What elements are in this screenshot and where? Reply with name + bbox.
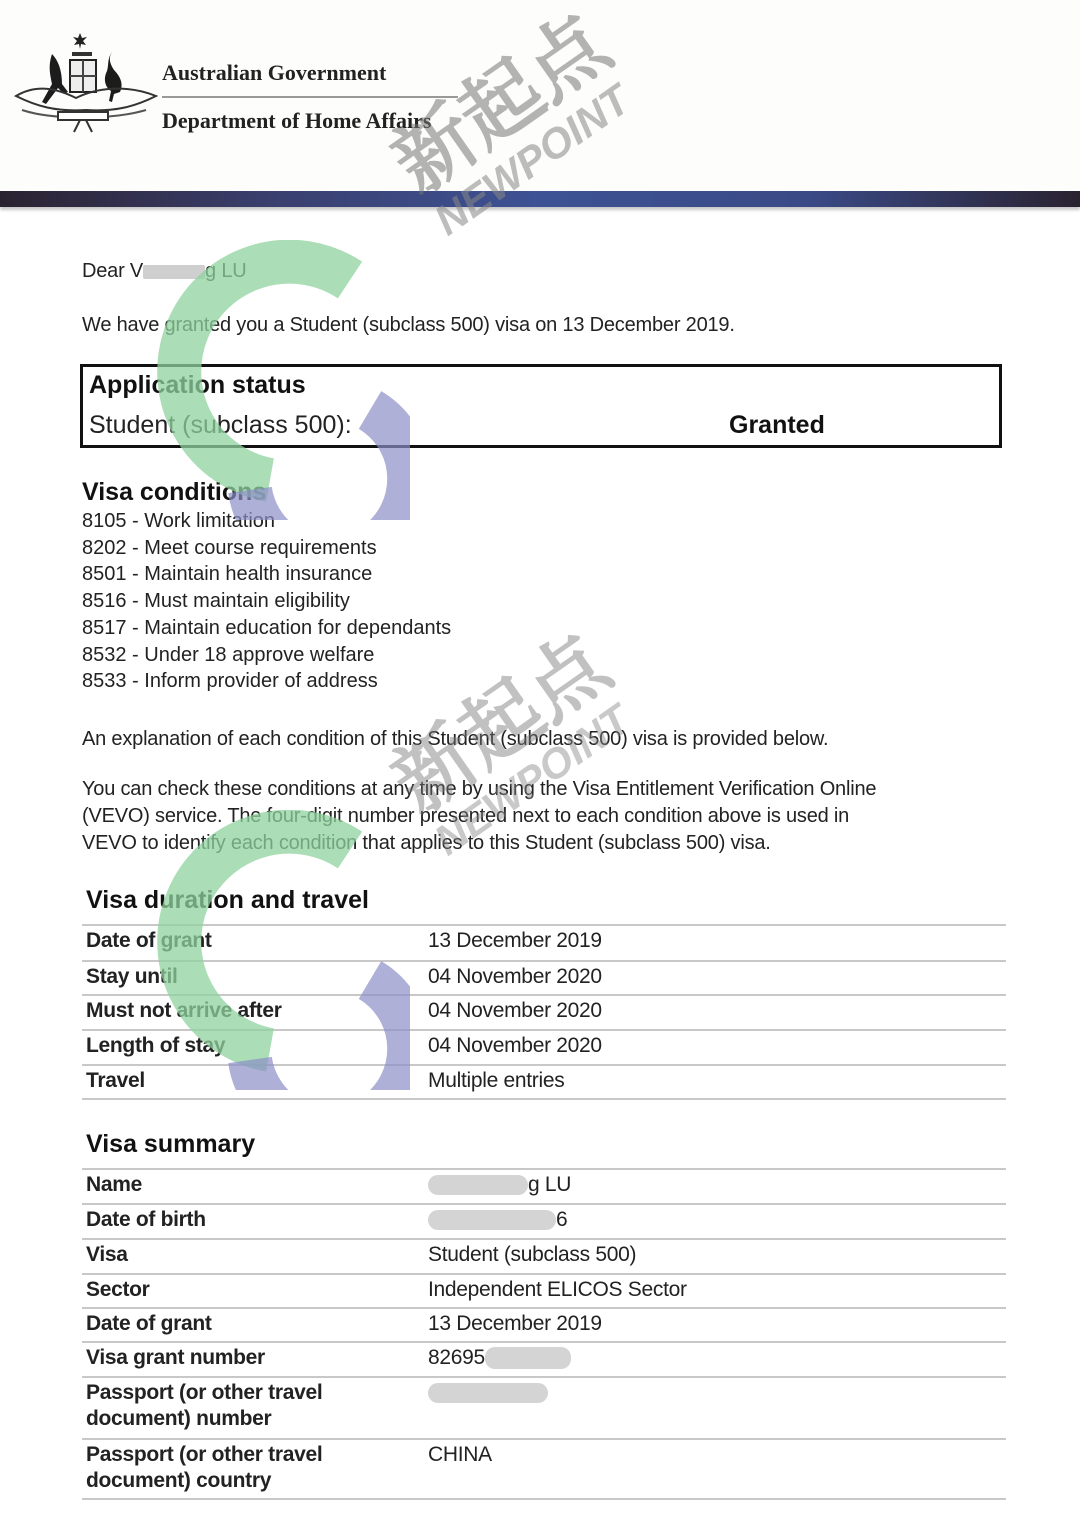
row-value: Student (subclass 500) (428, 1242, 636, 1268)
table-row: Nameg LU (82, 1168, 1006, 1203)
department-title: Department of Home Affairs (162, 108, 431, 134)
row-label: Passport (or other travel document) numb… (86, 1380, 322, 1432)
row-value: Independent ELICOS Sector (428, 1277, 687, 1303)
visa-conditions-title: Visa conditions (82, 478, 266, 507)
letterhead: Australian Government Department of Home… (0, 0, 1080, 190)
duration-table: Date of grant13 December 2019Stay until0… (82, 924, 1006, 1100)
row-label: Date of birth (86, 1207, 206, 1233)
redacted-value (428, 1175, 528, 1195)
row-label: Date of grant (86, 1311, 212, 1337)
vevo-text-line-1: You can check these conditions at any ti… (82, 778, 876, 801)
row-value: Multiple entries (428, 1068, 564, 1094)
grant-intro: We have granted you a Student (subclass … (82, 314, 735, 337)
table-row: TravelMultiple entries (82, 1064, 1006, 1100)
row-value-text: 04 November 2020 (428, 1034, 602, 1057)
table-row: Date of birth6 (82, 1203, 1006, 1238)
row-value-text: CHINA (428, 1443, 492, 1466)
row-value (428, 1380, 548, 1406)
row-value-text: 13 December 2019 (428, 1312, 602, 1335)
row-label: Passport (or other travel document) coun… (86, 1442, 322, 1494)
coat-of-arms-icon (12, 30, 158, 138)
vevo-text-line-2: (VEVO) service. The four-digit number pr… (82, 805, 849, 828)
row-value-text: 13 December 2019 (428, 929, 602, 952)
table-row: Date of grant13 December 2019 (82, 1307, 1006, 1341)
row-value: 82695 (428, 1345, 571, 1371)
table-row: Visa grant number82695 (82, 1341, 1006, 1376)
header-band (0, 191, 1080, 207)
condition-item: 8517 - Maintain education for dependants (82, 617, 451, 640)
row-label: Date of grant (86, 928, 212, 954)
row-value-text: g LU (528, 1173, 571, 1196)
government-title: Australian Government (162, 60, 386, 86)
salutation: Dear Vg LU (82, 260, 247, 283)
summary-title: Visa summary (86, 1130, 255, 1159)
redacted-value (485, 1347, 571, 1369)
condition-item: 8202 - Meet course requirements (82, 537, 377, 560)
table-row: VisaStudent (subclass 500) (82, 1238, 1006, 1273)
row-value: 04 November 2020 (428, 998, 602, 1024)
table-row: Must not arrive after04 November 2020 (82, 994, 1006, 1029)
application-status-label: Student (subclass 500): (89, 411, 352, 440)
row-value-text: Multiple entries (428, 1069, 564, 1092)
row-value: 13 December 2019 (428, 1311, 602, 1337)
table-row: Passport (or other travel document) coun… (82, 1438, 1006, 1500)
row-label: Must not arrive after (86, 998, 282, 1024)
row-value: 04 November 2020 (428, 964, 602, 990)
row-label: Visa grant number (86, 1345, 265, 1371)
table-row: SectorIndependent ELICOS Sector (82, 1273, 1006, 1307)
application-status-box: Application status Student (subclass 500… (80, 364, 1002, 448)
condition-item: 8105 - Work limitation (82, 510, 275, 533)
table-row: Length of stay04 November 2020 (82, 1029, 1006, 1064)
row-value-text: Student (subclass 500) (428, 1243, 636, 1266)
condition-item: 8533 - Inform provider of address (82, 670, 378, 693)
row-label: Stay until (86, 964, 178, 990)
salutation-prefix: Dear V (82, 260, 143, 282)
redacted-value (428, 1383, 548, 1403)
header-divider (162, 96, 458, 98)
row-value-text: 04 November 2020 (428, 999, 602, 1022)
row-value-text: Independent ELICOS Sector (428, 1278, 687, 1301)
condition-item: 8501 - Maintain health insurance (82, 563, 372, 586)
conditions-explanation: An explanation of each condition of this… (82, 728, 828, 751)
row-value: 6 (428, 1207, 567, 1233)
redacted-value (428, 1210, 556, 1230)
duration-title: Visa duration and travel (86, 886, 369, 915)
application-status-title: Application status (89, 371, 306, 400)
row-value-text: 82695 (428, 1346, 485, 1369)
table-row: Date of grant13 December 2019 (82, 924, 1006, 960)
row-value: 13 December 2019 (428, 928, 602, 954)
row-label: Name (86, 1172, 142, 1198)
table-row: Passport (or other travel document) numb… (82, 1376, 1006, 1438)
row-label: Travel (86, 1068, 145, 1094)
application-status-value: Granted (729, 411, 825, 440)
condition-item: 8532 - Under 18 approve welfare (82, 644, 374, 667)
row-value: CHINA (428, 1442, 492, 1468)
row-value: g LU (428, 1172, 571, 1198)
redacted-name (143, 265, 205, 279)
condition-item: 8516 - Must maintain eligibility (82, 590, 350, 613)
salutation-suffix: g LU (205, 260, 246, 282)
row-label: Sector (86, 1277, 150, 1303)
row-value: 04 November 2020 (428, 1033, 602, 1059)
row-value-text: 6 (556, 1208, 567, 1231)
table-row: Stay until04 November 2020 (82, 960, 1006, 994)
row-label: Visa (86, 1242, 128, 1268)
summary-table: Nameg LUDate of birth6VisaStudent (subcl… (82, 1168, 1006, 1500)
row-value-text: 04 November 2020 (428, 965, 602, 988)
vevo-text-line-3: VEVO to identify each condition that app… (82, 832, 771, 855)
row-label: Length of stay (86, 1033, 225, 1059)
